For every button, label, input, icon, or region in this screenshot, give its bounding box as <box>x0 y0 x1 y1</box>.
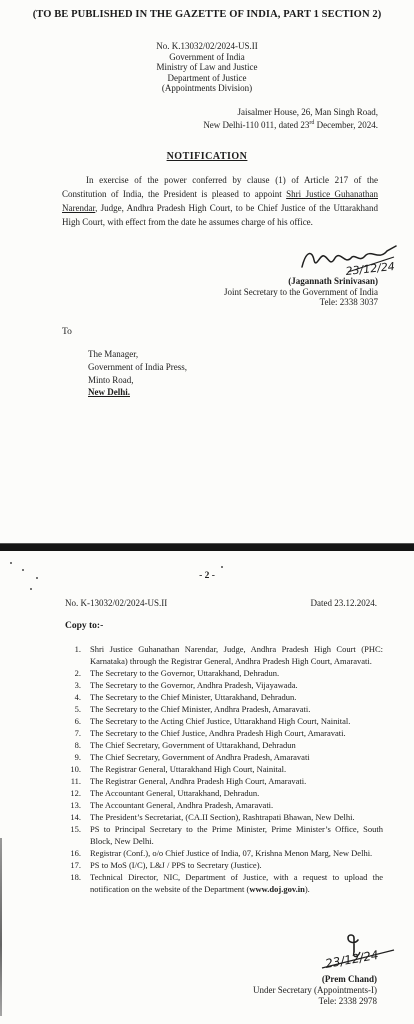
copy-item-text: The Secretary to the Acting Chief Justic… <box>90 715 383 727</box>
scanned-notification-document: (TO BE PUBLISHED IN THE GAZETTE OF INDIA… <box>0 0 414 1024</box>
copy-list-item: 6.The Secretary to the Acting Chief Just… <box>63 715 383 727</box>
copy-list-item: 12.The Accountant General, Uttarakhand, … <box>63 787 383 799</box>
copy-item-number: 10. <box>63 763 81 775</box>
handwritten-signature-prem: 23/12/24 <box>308 934 400 976</box>
copy-item-text: The Accountant General, Uttarakhand, Deh… <box>90 787 383 799</box>
copy-item-number: 3. <box>63 679 81 691</box>
copy-item-text: The Accountant General, Andhra Pradesh, … <box>90 799 383 811</box>
government-line: Government of India <box>0 52 414 63</box>
copy-item-text: The Secretary to the Governor, Andhra Pr… <box>90 679 383 691</box>
copy-item-number: 17. <box>63 859 81 871</box>
copy-list-item: 8.The Chief Secretary, Government of Utt… <box>63 739 383 751</box>
signatory-designation: Joint Secretary to the Government of Ind… <box>224 287 378 298</box>
copy-list-item: 17.PS to MoS (I/C), L&J / PPS to Secreta… <box>63 859 383 871</box>
page-scan-divider <box>0 543 414 551</box>
dated-line: Dated 23.12.2024. <box>311 598 378 608</box>
copy-list-item: 16.Registrar (Conf.), o/o Chief Justice … <box>63 847 383 859</box>
scan-speck <box>10 562 12 564</box>
scan-speck <box>30 588 32 590</box>
copy-item-text: PS to Principal Secretary to the Prime M… <box>90 823 383 847</box>
copy-list-item: 3.The Secretary to the Governor, Andhra … <box>63 679 383 691</box>
copy-list-item: 11.The Registrar General, Andhra Pradesh… <box>63 775 383 787</box>
recipient-city: New Delhi. <box>88 386 187 399</box>
copy-list-item: 5.The Secretary to the Chief Minister, A… <box>63 703 383 715</box>
copy-item-number: 11. <box>63 775 81 787</box>
copy-item-number: 13. <box>63 799 81 811</box>
copy-item-text: The Secretary to the Chief Minister, And… <box>90 703 383 715</box>
division-line: (Appointments Division) <box>0 83 414 94</box>
copy-item-text: PS to MoS (I/C), L&J / PPS to Secretary … <box>90 859 383 871</box>
copy-list-item: 14.The President’s Secretariat, (CA.II S… <box>63 811 383 823</box>
copy-item-text: Technical Director, NIC, Department of J… <box>90 871 383 895</box>
letterhead-block: No. K.13032/02/2024-US.II Government of … <box>0 41 414 94</box>
copy-item-text: The Chief Secretary, Government of Uttar… <box>90 739 383 751</box>
copy-list: 1.Shri Justice Guhanathan Narendar, Judg… <box>63 643 383 895</box>
copy-item-number: 16. <box>63 847 81 859</box>
copy-item-number: 12. <box>63 787 81 799</box>
recipient-line: The Manager, <box>88 348 187 361</box>
signatory-name: (Prem Chand) <box>253 974 377 985</box>
copy-to-label: Copy to:- <box>65 621 103 631</box>
department-line: Department of Justice <box>0 73 414 84</box>
signatory-telephone: Tele: 2338 2978 <box>253 996 377 1007</box>
copy-item-number: 8. <box>63 739 81 751</box>
handwritten-date: 23/12/24 <box>324 948 380 971</box>
copy-item-number: 15. <box>63 823 81 847</box>
copy-list-item: 7.The Secretary to the Chief Justice, An… <box>63 727 383 739</box>
copy-item-text: Registrar (Conf.), o/o Chief Justice of … <box>90 847 383 859</box>
office-address-block: Jaisalmer House, 26, Man Singh Road, New… <box>203 107 378 132</box>
reference-number: No. K.13032/02/2024-US.II <box>0 41 414 52</box>
copy-item-number: 9. <box>63 751 81 763</box>
copy-item-text: The Registrar General, Uttarakhand High … <box>90 763 383 775</box>
scan-edge-artifact <box>0 838 2 1016</box>
copy-item-text: The Chief Secretary, Government of Andhr… <box>90 751 383 763</box>
signatory-block-page2: (Prem Chand) Under Secretary (Appointmen… <box>253 974 377 1006</box>
recipient-line: Government of India Press, <box>88 361 187 374</box>
ministry-line: Ministry of Law and Justice <box>0 62 414 73</box>
gazette-publication-line: (TO BE PUBLISHED IN THE GAZETTE OF INDIA… <box>0 9 414 20</box>
to-label: To <box>62 327 72 337</box>
copy-item-number: 18. <box>63 871 81 895</box>
scan-speck <box>221 566 223 568</box>
copy-list-item: 9.The Chief Secretary, Government of And… <box>63 751 383 763</box>
copy-item-text: Shri Justice Guhanathan Narendar, Judge,… <box>90 643 383 667</box>
office-address-line1: Jaisalmer House, 26, Man Singh Road, <box>203 107 378 118</box>
copy-list-item: 2.The Secretary to the Governor, Uttarak… <box>63 667 383 679</box>
copy-list-item: 1.Shri Justice Guhanathan Narendar, Judg… <box>63 643 383 667</box>
notification-heading: NOTIFICATION <box>0 151 414 162</box>
recipient-line: Minto Road, <box>88 374 187 387</box>
copy-item-number: 14. <box>63 811 81 823</box>
copy-list-item: 10.The Registrar General, Uttarakhand Hi… <box>63 763 383 775</box>
handwritten-signature-jagannath: 23/12/24 <box>296 245 406 279</box>
copy-item-text: The Secretary to the Chief Minister, Utt… <box>90 691 383 703</box>
notification-body-paragraph: In exercise of the power conferred by cl… <box>62 173 378 229</box>
reference-and-date-line: No. K-13032/02/2024-US.II Dated 23.12.20… <box>65 598 377 608</box>
signatory-name: (Jagannath Srinivasan) <box>224 276 378 287</box>
copy-item-number: 6. <box>63 715 81 727</box>
copy-list-item: 13.The Accountant General, Andhra Prades… <box>63 799 383 811</box>
copy-list-item: 15.PS to Principal Secretary to the Prim… <box>63 823 383 847</box>
recipient-address-block: The Manager, Government of India Press, … <box>88 348 187 399</box>
copy-item-number: 7. <box>63 727 81 739</box>
signatory-telephone: Tele: 2338 3037 <box>224 297 378 308</box>
copy-item-number: 4. <box>63 691 81 703</box>
copy-item-number: 1. <box>63 643 81 667</box>
copy-item-number: 2. <box>63 667 81 679</box>
page-number: - 2 - <box>0 571 414 581</box>
signatory-block-page1: (Jagannath Srinivasan) Joint Secretary t… <box>224 276 378 308</box>
copy-item-number: 5. <box>63 703 81 715</box>
copy-item-text: The Secretary to the Chief Justice, Andh… <box>90 727 383 739</box>
copy-item-text: The Secretary to the Governor, Uttarakha… <box>90 667 383 679</box>
copy-list-item: 18.Technical Director, NIC, Department o… <box>63 871 383 895</box>
reference-number-page2: No. K-13032/02/2024-US.II <box>65 598 167 608</box>
office-address-line2: New Delhi-110 011, dated 23rd December, … <box>203 118 378 131</box>
copy-item-text: The Registrar General, Andhra Pradesh Hi… <box>90 775 383 787</box>
copy-list-item: 4.The Secretary to the Chief Minister, U… <box>63 691 383 703</box>
copy-item-text: The President’s Secretariat, (CA.II Sect… <box>90 811 383 823</box>
signatory-designation: Under Secretary (Appointments-I) <box>253 985 377 996</box>
